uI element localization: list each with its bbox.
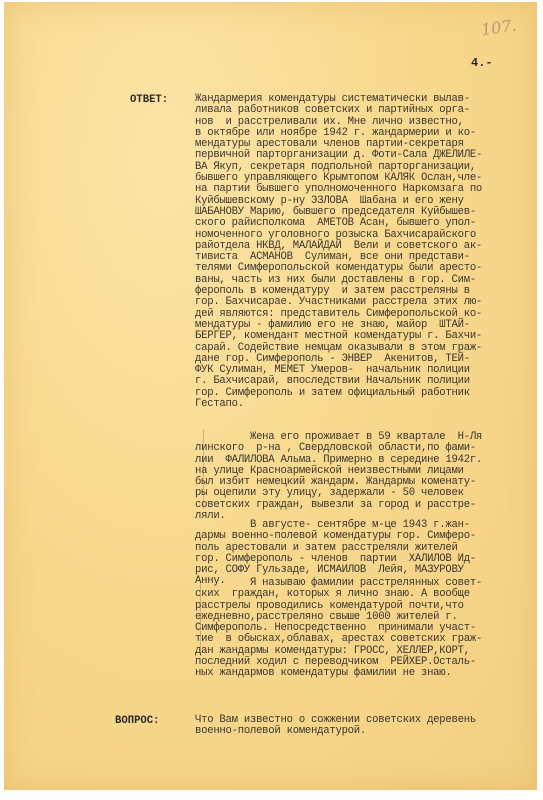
answer-paragraph-4: Я называю фамилии расстрелянных совет-ск… bbox=[195, 578, 482, 680]
text-line: рис, СОФУ Гульзаде, ИСМАИЛОВ Лейя, МАЗУР… bbox=[195, 565, 476, 576]
text-line: советских граждан, вывезли за город и ра… bbox=[195, 500, 482, 511]
text-line: военно-полевой комендатурой. bbox=[195, 726, 476, 737]
answer-label: ОТВЕТ: bbox=[130, 94, 168, 106]
text-line: ливала работников советских и партийных … bbox=[195, 105, 482, 116]
text-line: БЕРГЕР, комендант местной комендатуры г.… bbox=[195, 331, 482, 342]
text-line: дармы военно-полевой комендатуры гор. Си… bbox=[195, 531, 476, 542]
text-line: Гестапо. bbox=[195, 399, 482, 410]
page-number: 4.- bbox=[471, 56, 493, 70]
text-line: ских граждан, которых я лично знаю. А во… bbox=[195, 589, 482, 600]
text-line: гор. Бахчисарае. Участниками расстрела э… bbox=[195, 297, 482, 308]
answer-paragraph-1: Жандармерия комендатуры систематически в… bbox=[195, 94, 482, 410]
text-line: линского р-на , Свердловской области,по … bbox=[195, 443, 482, 454]
answer-paragraph-2: Жена его проживает в 59 квартале Н-Лялин… bbox=[195, 432, 482, 522]
document-page: 107. 4.- ОТВЕТ: Жандармерия комендатуры … bbox=[4, 2, 537, 790]
handwritten-folio-number: 107. bbox=[480, 16, 518, 40]
question-text: Что Вам известно о сожжении советских де… bbox=[195, 715, 476, 738]
text-line: на партии бывшего уполномоченного Нарком… bbox=[195, 184, 482, 195]
text-line: ского райисполкома АМЕТОВ Асан, бывшего … bbox=[195, 218, 482, 229]
text-line: ных жандармов комендатуры фамилии не зна… bbox=[195, 668, 482, 679]
question-label: ВОПРОС: bbox=[115, 715, 160, 727]
